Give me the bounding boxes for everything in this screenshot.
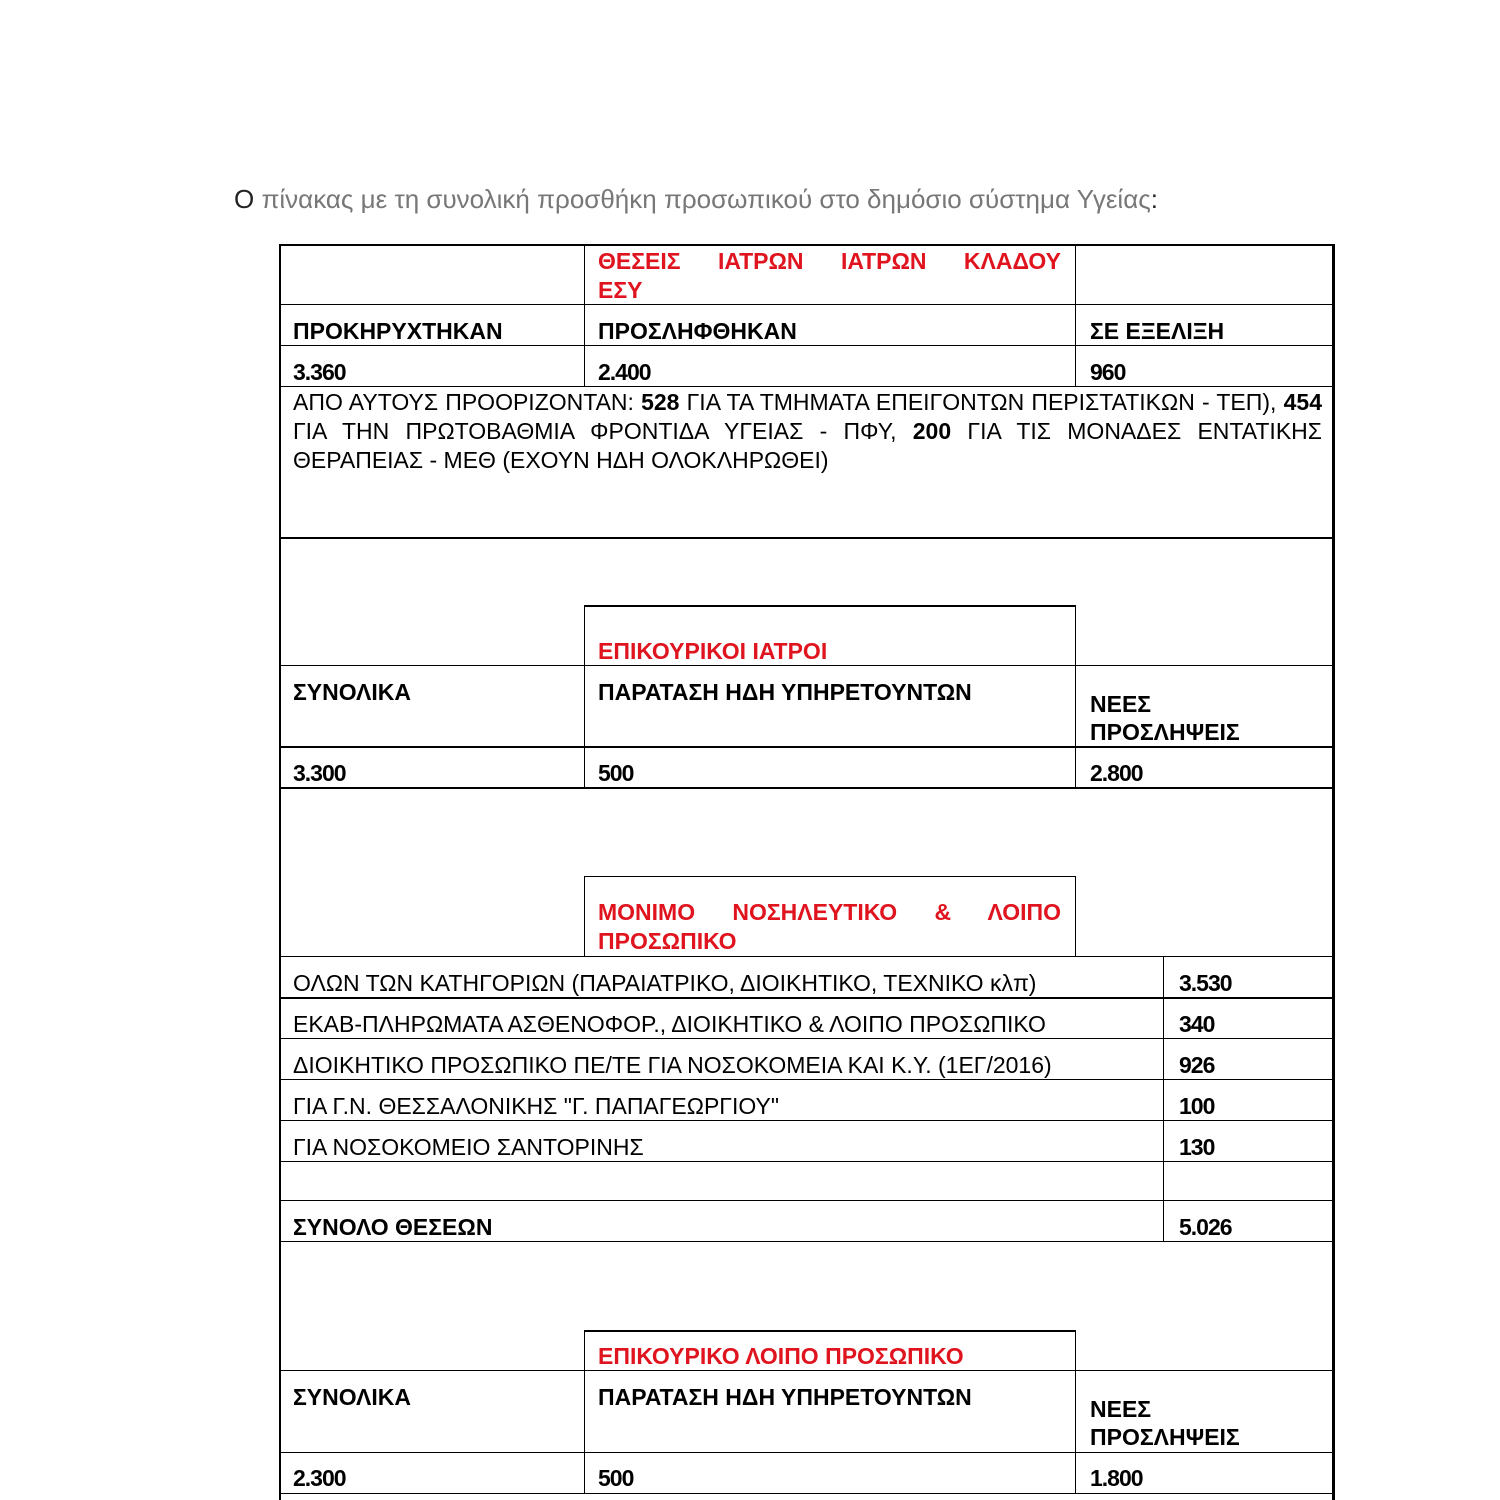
column-header: ΠΑΡΑΤΑΣΗ ΗΔΗ ΥΠΗΡΕΤΟΥΝΤΩΝ (598, 678, 972, 707)
column-header: ΝΕΕΣ (1090, 690, 1151, 719)
intro-first-word: Ο (234, 184, 254, 214)
divider (584, 245, 585, 387)
divider (584, 1330, 1076, 1332)
total-value: 5.026 (1179, 1213, 1232, 1242)
note-number: 454 (1284, 389, 1322, 415)
divider (1163, 956, 1164, 1241)
intro-text: Ο πίνακας με τη συνολική προσθήκη προσωπ… (234, 184, 1158, 215)
row-label: ΓΙΑ ΝΟΣΟΚΟΜΕΙΟ ΣΑΝΤΟΡΙΝΗΣ (293, 1133, 644, 1162)
divider (1075, 245, 1076, 387)
row-label: ΟΛΩΝ ΤΩΝ ΚΑΤΗΓΟΡΙΩΝ (ΠΑΡΑΙΑΤΡΙΚΟ, ΔΙΟΙΚΗ… (293, 969, 1036, 998)
column-header: ΝΕΕΣ (1090, 1395, 1151, 1424)
divider (280, 1200, 1334, 1201)
divider (1075, 605, 1076, 788)
value-extension: 500 (598, 1464, 633, 1493)
divider (584, 605, 1076, 607)
row-label: ΓΙΑ Γ.Ν. ΘΕΣΣΑΛΟΝΙΚΗΣ "Γ. ΠΑΠΑΓΕΩΡΓΙΟΥ" (293, 1092, 779, 1121)
divider (584, 876, 585, 956)
section-title-aux-doctors: ΕΠΙΚΟΥΡΙΚΟΙ ΙΑΤΡΟΙ (598, 637, 827, 666)
section-title-aux-staff: ΕΠΙΚΟΥΡΙΚΟ ΛΟΙΠΟ ΠΡΟΣΩΠΙΚΟ (598, 1342, 964, 1371)
column-header: ΣΥΝΟΛΙΚΑ (293, 1383, 411, 1412)
row-value: 130 (1179, 1133, 1214, 1162)
value-new-hires: 1.800 (1090, 1464, 1143, 1493)
row-label: ΕΚΑΒ-ΠΛΗΡΩΜΑΤΑ ΑΣΘΕΝΟΦΟΡ., ΔΙΟΙΚΗΤΙΚΟ & … (293, 1010, 1046, 1039)
column-header: ΠΑΡΑΤΑΣΗ ΗΔΗ ΥΠΗΡΕΤΟΥΝΤΩΝ (598, 1383, 972, 1412)
divider (280, 386, 1334, 387)
value-new-hires: 2.800 (1090, 759, 1143, 788)
title-line: ΠΡΟΣΩΠΙΚΟ (598, 927, 737, 956)
note-number: 200 (913, 418, 951, 444)
divider (280, 956, 1334, 957)
divider (1075, 1330, 1076, 1493)
column-header: ΠΡΟΣΛΗΦΘΗΚΑΝ (598, 317, 797, 346)
section-title-permanent-staff: ΜΟΝΙΜΟ ΝΟΣΗΛΕΥΤΙΚΟ & ΛΟΙΠΟ (598, 898, 1061, 927)
divider (280, 537, 1334, 539)
note-text: ΑΠΟ ΑΥΤΟΥΣ ΠΡΟΟΡΙΖΟΝΤΑΝ: (293, 389, 641, 415)
divider (1075, 876, 1076, 956)
note-number: 528 (641, 389, 679, 415)
divider (584, 605, 585, 788)
value-in-progress: 960 (1090, 358, 1125, 387)
title-line: ΘΕΣΕΙΣ ΙΑΤΡΩΝ ΙΑΤΡΩΝ ΚΛΑΔΟΥ (598, 247, 1061, 276)
title-line: ΕΣΥ (598, 276, 642, 305)
note-text: ΓΙΑ ΤΑ ΤΜΗΜΑΤΑ ΕΠΕΙΓΟΝΤΩΝ ΠΕΡΙΣΤΑΤΙΚΩΝ -… (679, 389, 1283, 415)
row-value: 3.530 (1179, 969, 1232, 998)
value-total: 3.300 (293, 759, 346, 788)
intro-body: πίνακας με τη συνολική προσθήκη προσωπικ… (254, 184, 1151, 214)
row-label: ΔΙΟΙΚΗΤΙΚΟ ΠΡΟΣΩΠΙΚΟ ΠΕ/ΤΕ ΓΙΑ ΝΟΣΟΚΟΜΕΙ… (293, 1051, 1052, 1080)
column-header: ΠΡΟΣΛΗΨΕΙΣ (1090, 1423, 1240, 1452)
column-header: ΣΥΝΟΛΙΚΑ (293, 678, 411, 707)
divider (280, 1452, 1334, 1453)
section-title-esy-doctors: ΘΕΣΕΙΣ ΙΑΤΡΩΝ ΙΑΤΡΩΝ ΚΛΑΔΟΥ (598, 247, 1061, 276)
row-value: 340 (1179, 1010, 1214, 1039)
column-header: ΠΡΟΚΗΡΥΧΤΗΚΑΝ (293, 317, 503, 346)
column-header: ΣΕ ΕΞΕΛΙΞΗ (1090, 317, 1224, 346)
allocation-note: ΑΠΟ ΑΥΤΟΥΣ ΠΡΟΟΡΙΖΟΝΤΑΝ: 528 ΓΙΑ ΤΑ ΤΜΗΜ… (293, 388, 1322, 475)
column-header: ΠΡΟΣΛΗΨΕΙΣ (1090, 718, 1240, 747)
divider (280, 304, 1334, 305)
total-label: ΣΥΝΟΛΟ ΘΕΣΕΩΝ (293, 1213, 492, 1242)
value-announced: 3.360 (293, 358, 346, 387)
divider (584, 1330, 585, 1493)
title-line: ΜΟΝΙΜΟ ΝΟΣΗΛΕΥΤΙΚΟ & ΛΟΙΠΟ (598, 898, 1061, 927)
row-value: 926 (1179, 1051, 1214, 1080)
note-text: ΓΙΑ ΤΗΝ ΠΡΩΤΟΒΑΘΜΙΑ ΦΡΟΝΤΙΔΑ ΥΓΕΙΑΣ - ΠΦ… (293, 418, 913, 444)
intro-colon: : (1151, 184, 1158, 214)
value-extension: 500 (598, 759, 633, 788)
divider (280, 1493, 1334, 1494)
divider (584, 876, 1076, 877)
value-hired: 2.400 (598, 358, 651, 387)
divider (280, 787, 1334, 789)
value-total: 2.300 (293, 1464, 346, 1493)
row-value: 100 (1179, 1092, 1214, 1121)
